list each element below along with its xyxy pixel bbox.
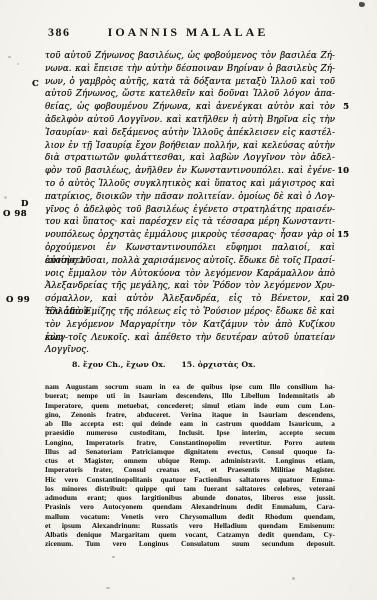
greek-line-text: του καὶ ὕπατος· καὶ παρέσχεν εἰς τὰ τέσσ… bbox=[45, 217, 335, 227]
greek-text-line: Cνων, ὁ γαμβρὸς αὐτῆς, κατὰ τὰ δόξαντα μ… bbox=[45, 76, 335, 89]
latin-text-line: nam Augustam socrum suam in ea de quibus… bbox=[45, 382, 335, 391]
greek-line-text: Ἀλεξανδρείας τῆς μεγάλης, καὶ τὸν Ῥόδον … bbox=[45, 281, 335, 291]
greek-line-text: γῖνος ὁ ἀδελφὸς τοῦ βασιλέως ἐγένετο στρ… bbox=[45, 205, 335, 215]
verse-line-number: 15 bbox=[337, 229, 349, 242]
scan-speck bbox=[4, 196, 7, 199]
latin-translation-block: nam Augustam socrum suam in ea de quibus… bbox=[45, 382, 335, 549]
verse-line-number: 10 bbox=[337, 165, 349, 178]
latin-line-text: Imperatoris frater, Consul creatus est, … bbox=[45, 465, 335, 474]
latin-line-text: Illus ad Senatoriam Patriciamque dignita… bbox=[45, 447, 335, 456]
latin-text-line: los minores distribuit: quippe qui tam f… bbox=[45, 484, 335, 493]
greek-text-line: του καὶ ὕπατος· καὶ παρέσχεν εἰς τὰ τέσσ… bbox=[45, 216, 335, 229]
latin-line-text: ctus et Magister, omnem ubique Remp. adm… bbox=[45, 456, 335, 465]
latin-text-line: Illus ad Senatoriam Patriciamque dignita… bbox=[45, 447, 335, 456]
latin-line-text: los minores distribuit: quippe qui tam f… bbox=[45, 484, 335, 493]
greek-line-text: κὼν τοῖς Λευκοῖς. καὶ ἀπέθετο τὴν δευτέρ… bbox=[45, 333, 335, 343]
greek-line-text: Λογγῖνος. bbox=[45, 345, 89, 355]
latin-line-text: et ipsum Alexandrinum: Russatis vero Hel… bbox=[45, 521, 335, 530]
latin-text-line: Albatis denique Margaritam quem vocant, … bbox=[45, 530, 335, 539]
greek-text-line: νουπόλεως ὀρχηστὰς ἐμμάλους μικροὺς τέσσ… bbox=[45, 229, 335, 242]
greek-text-line: φὸν τοῦ βασιλέως, ἀνῆλθεν ἐν Κωνσταντινο… bbox=[45, 165, 335, 178]
latin-line-text: Hic vero Constantinopolitanis quatuor Fa… bbox=[45, 475, 335, 484]
latin-line-text: Imperatore, quem metuebat, concederet; s… bbox=[45, 401, 335, 410]
greek-text-line: Ἰσαυρίαν· καὶ δεξάμενος αὐτὴν Ἰλλοῦς ἀπέ… bbox=[45, 127, 335, 140]
latin-text-line: et ipsum Alexandrinum: Russatis vero Hel… bbox=[45, 521, 335, 530]
scan-speck bbox=[8, 56, 11, 58]
latin-line-text: nam Augustam socrum suam in ea de quibus… bbox=[45, 382, 335, 391]
greek-text-line: νωνα. καὶ ἔπεισε τὴν αὐτὴν δέσποιναν Βηρ… bbox=[45, 63, 335, 76]
greek-text-line: λιον ἐν τῇ Ἰσαυρίᾳ ἔχον βοήθειαν πολλήν,… bbox=[45, 140, 335, 153]
greek-text-line: διὰ στρατιωτῶν φυλάττεσθαι, καὶ λαβὼν Λο… bbox=[45, 152, 335, 165]
scan-speck bbox=[106, 587, 110, 589]
greek-line-text: το ὁ αὐτὸς Ἰλλοῦς συγκλητικὸς καὶ ὕπατος… bbox=[45, 179, 335, 189]
latin-text-line: Prasinis vero Autocyonem quendam Alexand… bbox=[45, 502, 335, 511]
running-header-title: IOANNIS MALALAE bbox=[38, 25, 338, 40]
greek-line-text: ἀδελφὸν αὐτοῦ Λογγῖνον. καὶ κατῆλθεν ἡ α… bbox=[45, 115, 335, 125]
latin-line-text: Longino, Imperatoris fratre, Constantino… bbox=[45, 438, 335, 447]
margin-note-o99: O 99 bbox=[6, 294, 30, 307]
latin-text-line: gino, Zenonis fratre, abduceret. Verina … bbox=[45, 410, 335, 419]
latin-text-line: Imperatore, quem metuebat, concederet; s… bbox=[45, 401, 335, 410]
margin-note-c: C bbox=[32, 78, 39, 91]
greek-text-line: πατρίκιος, διοικῶν τὴν πᾶσαν πολιτείαν. … bbox=[45, 191, 335, 204]
greek-text-line: τοῦ αὐτοῦ Ζήνωνος βασιλέως, ὡς φοβούμενο… bbox=[45, 50, 335, 63]
greek-line-text: νοις ἔμμαλον τὸν Αὐτοκύονα τὸν λεγόμενον… bbox=[45, 269, 335, 279]
greek-text-line: θείας, ὡς φοβουμένου Ζήνωνα, καὶ ἀνενέγκ… bbox=[45, 101, 335, 114]
latin-line-text: ab Illo accepta est: qui deinde eam in c… bbox=[45, 419, 335, 428]
greek-text-line: το ὁ αὐτὸς Ἰλλοῦς συγκλητικὸς καὶ ὕπατος… bbox=[45, 178, 335, 191]
apparatus-entry: 8. ἔχον Ch., ἔχων Ox. bbox=[72, 360, 166, 369]
apparatus-entry: 15. ὀρχιστὰς Ox. bbox=[181, 360, 255, 369]
scan-speck bbox=[112, 556, 115, 558]
greek-line-text: Ἰσαυρίαν· καὶ δεξάμενος αὐτὴν Ἰλλοῦς ἀπέ… bbox=[45, 128, 335, 138]
greek-line-text: τοῦ αὐτοῦ Ζήνωνος βασιλέως, ὡς φοβούμενο… bbox=[45, 51, 335, 61]
latin-text-line: praesidio numeroso custoditam, Inclusit.… bbox=[45, 428, 335, 437]
latin-line-text: zicenum. Tum vero Longinus Consulatum su… bbox=[45, 539, 335, 548]
latin-text-line: buerat; nempe uti in Isauriam descendens… bbox=[45, 391, 335, 400]
greek-line-text: φὸν τοῦ βασιλέως, ἀνῆλθεν ἐν Κωνσταντινο… bbox=[45, 166, 335, 176]
latin-line-text: admodum erant; quos largitionibus abunde… bbox=[45, 493, 335, 502]
greek-text-line: νοις ἔμμαλον τὸν Αὐτοκύονα τὸν λεγόμενον… bbox=[45, 268, 335, 281]
scan-speck bbox=[359, 2, 365, 7]
latin-line-text: praesidio numeroso custoditam, Inclusit.… bbox=[45, 428, 335, 437]
greek-line-text: αὐτοῦ Ζήνωνος, ὥστε κατελθεῖν καὶ δοῦναι… bbox=[45, 89, 335, 99]
greek-text-line: ὀρχούμενοι ἐν Κωνσταντινουπόλει εὔφημοι … bbox=[45, 242, 335, 255]
latin-line-text: Albatis denique Margaritam quem vocant, … bbox=[45, 530, 335, 539]
latin-text-line: admodum erant; quos largitionibus abunde… bbox=[45, 493, 335, 502]
book-page-scan: 386 IOANNIS MALALAE τοῦ αὐτοῦ Ζήνωνος βα… bbox=[0, 0, 377, 600]
greek-line-text: θείας, ὡς φοβουμένου Ζήνωνα, καὶ ἀνενέγκ… bbox=[45, 102, 335, 112]
latin-text-line: Hic vero Constantinopolitanis quatuor Fa… bbox=[45, 475, 335, 484]
latin-line-text: mallum vocatum: Venetis vero Chrysomallu… bbox=[45, 512, 335, 521]
greek-line-text: νων, ὁ γαμβρὸς αὐτῆς, κατὰ τὰ δόξαντα με… bbox=[45, 77, 335, 87]
greek-text-line: αὐτοὺς λῦσαι, πολλὰ χαρισάμενος αὐτοῖς. … bbox=[45, 255, 335, 268]
verse-line-number: 5 bbox=[343, 101, 349, 114]
greek-text-line: τὸν λεγόμενον Μαργαρίτην τὸν Κατζάμυν τὸ… bbox=[45, 319, 335, 332]
scan-speck bbox=[292, 577, 295, 580]
greek-text-line: τὸν ἀπὸ Ἐμίζης τῆς πόλεως εἰς τὸ Ῥούσιον… bbox=[45, 306, 335, 319]
latin-line-text: Prasinis vero Autocyonem quendam Alexand… bbox=[45, 502, 335, 511]
greek-text-line: αὐτοῦ Ζήνωνος, ὥστε κατελθεῖν καὶ δοῦναι… bbox=[45, 88, 335, 101]
latin-text-line: Longino, Imperatoris fratre, Constantino… bbox=[45, 438, 335, 447]
latin-line-text: gino, Zenonis fratre, abduceret. Verina … bbox=[45, 410, 335, 419]
greek-text-line: O 99σόμαλλον, καὶ αὐτὸν Ἀλεξανδρέα, εἰς … bbox=[45, 293, 335, 306]
greek-text-line: DO 98γῖνος ὁ ἀδελφὸς τοῦ βασιλέως ἐγένετ… bbox=[45, 204, 335, 217]
greek-text-block: τοῦ αὐτοῦ Ζήνωνος βασιλέως, ὡς φοβούμενο… bbox=[45, 50, 335, 357]
greek-line-text: αὐτοὺς λῦσαι, πολλὰ χαρισάμενος αὐτοῖς. … bbox=[45, 256, 335, 266]
latin-text-line: mallum vocatum: Venetis vero Chrysomallu… bbox=[45, 512, 335, 521]
greek-line-text: διὰ στρατιωτῶν φυλάττεσθαι, καὶ λαβὼν Λο… bbox=[45, 153, 335, 163]
greek-line-text: νουπόλεως ὀρχηστὰς ἐμμάλους μικροὺς τέσσ… bbox=[45, 230, 335, 240]
latin-text-line: ab Illo accepta est: qui deinde eam in c… bbox=[45, 419, 335, 428]
verse-line-number: 20 bbox=[337, 293, 349, 306]
critical-apparatus: 8. ἔχον Ch., ἔχων Ox. 15. ὀρχιστὰς Ox. bbox=[45, 360, 335, 369]
latin-text-line: zicenum. Tum vero Longinus Consulatum su… bbox=[45, 539, 335, 548]
greek-text-line: ἀδελφὸν αὐτοῦ Λογγῖνον. καὶ κατῆλθεν ἡ α… bbox=[45, 114, 335, 127]
greek-line-text: πατρίκιος, διοικῶν τὴν πᾶσαν πολιτείαν. … bbox=[45, 192, 335, 202]
greek-line-text: τὸν ἀπὸ Ἐμίζης τῆς πόλεως εἰς τὸ Ῥούσιον… bbox=[45, 307, 335, 317]
latin-text-line: Imperatoris frater, Consul creatus est, … bbox=[45, 465, 335, 474]
margin-note-o98: O 98 bbox=[3, 208, 27, 221]
greek-text-line: Ἀλεξανδρείας τῆς μεγάλης, καὶ τὸν Ῥόδον … bbox=[45, 280, 335, 293]
scan-speck bbox=[17, 63, 19, 65]
latin-line-text: buerat; nempe uti in Isauriam descendens… bbox=[45, 391, 335, 400]
greek-line-text: νωνα. καὶ ἔπεισε τὴν αὐτὴν δέσποιναν Βηρ… bbox=[45, 64, 335, 74]
latin-text-line: ctus et Magister, omnem ubique Remp. adm… bbox=[45, 456, 335, 465]
greek-text-line: κὼν τοῖς Λευκοῖς. καὶ ἀπέθετο τὴν δευτέρ… bbox=[45, 332, 335, 345]
greek-line-text: λιον ἐν τῇ Ἰσαυρίᾳ ἔχον βοήθειαν πολλήν,… bbox=[45, 141, 335, 151]
greek-text-line: Λογγῖνος. bbox=[45, 344, 335, 357]
